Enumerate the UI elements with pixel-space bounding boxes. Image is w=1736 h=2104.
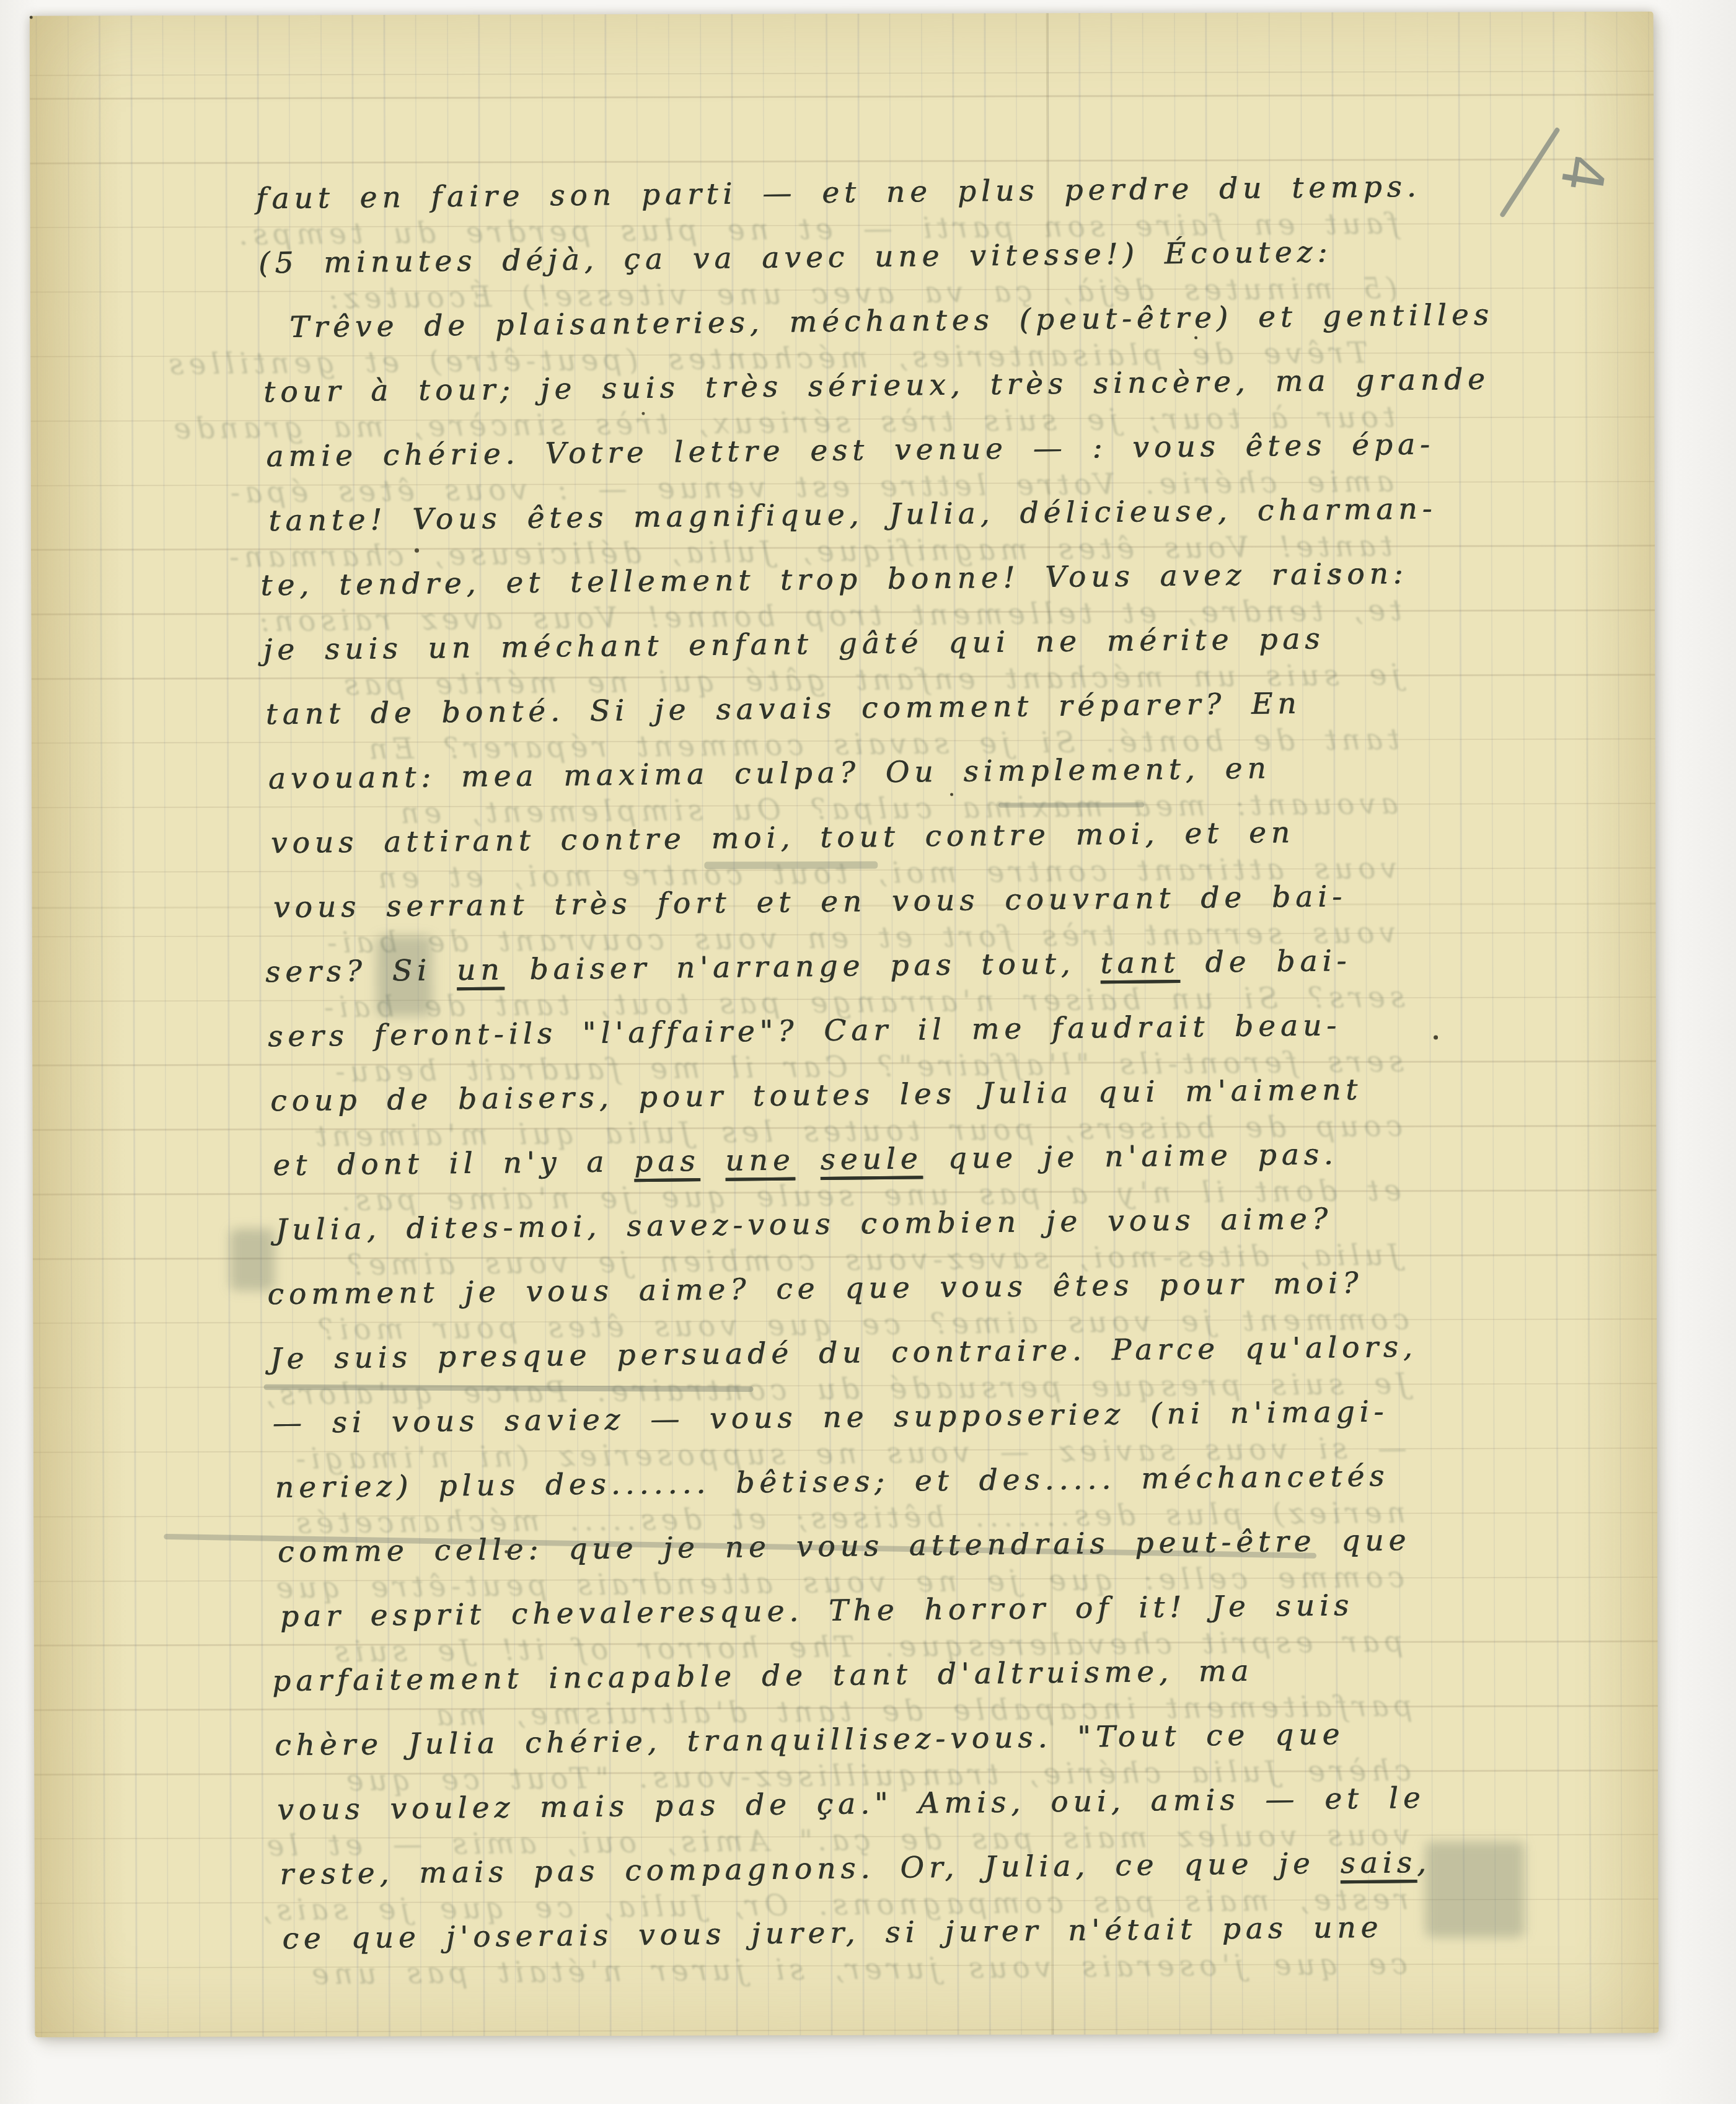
letter-line: Trêve de plaisanteries, méchantes (peut-…: [289, 283, 1494, 360]
letter-text-segment: ,: [257, 1893, 271, 1927]
letter-text-segment: faut en faire son parti — et ne plus per…: [256, 170, 1421, 216]
letter-line: amie chérie. Votre lettre est venue — : …: [266, 413, 1435, 490]
letter-text-segment: chère Julia chérie, tranquillisez-vous. …: [275, 1717, 1345, 1763]
underlined-word: un: [457, 953, 504, 987]
letter-text-segment: et dont il n'y a: [273, 1145, 634, 1182]
letter-line: neriez) plus des....... bêtises; et des.…: [275, 1445, 1390, 1521]
paper-specks: [30, 15, 33, 19]
letter-line: tour à tour; je suis très sérieux, très …: [263, 348, 1491, 425]
letter-line: ce que j'oserais vous jurer, si jurer n'…: [282, 1896, 1383, 1972]
letter-text: faut en faire son parti — et ne plus per…: [260, 153, 1611, 167]
letter-line: te, tendre, et tellement trop bonne! Vou…: [260, 542, 1408, 618]
letter-line: comme celle: que je ne vous attendrais p…: [277, 1508, 1411, 1585]
letter-text-segment: vous voulez mais pas de ça." Amis, oui, …: [277, 1781, 1425, 1827]
underlined-word: tant: [1100, 946, 1180, 980]
letter-text-segment: Je suis presque persuadé du contraire. P…: [270, 1330, 1417, 1376]
letter-line: sers feront-ils "l'affaire"? Car il me f…: [268, 993, 1342, 1069]
letter-line: faut en faire son parti — et ne plus per…: [255, 155, 1421, 232]
letter-line: tante! Vous êtes magnifique, Julia, déli…: [268, 477, 1437, 554]
letter-text-segment: comment je vous aime? ce que vous êtes p…: [267, 1266, 1363, 1312]
letter-text-segment: tant de bonté. Si je savais comment répa…: [265, 687, 1301, 731]
letter-line: vous serrant très fort et en vous couvra…: [273, 865, 1347, 940]
underlined-word: seule: [820, 1142, 923, 1177]
letter-text-segment: amie chérie. Votre lettre est venue — : …: [266, 428, 1435, 474]
letter-text-segment: baiser n'arrange pas tout,: [504, 946, 1101, 987]
letter-text-segment: [795, 1143, 821, 1177]
letter-line: — si vous saviez — vous ne supposeriez (…: [272, 1380, 1389, 1456]
letter-line: vous attirant contre moi, tout contre mo…: [270, 801, 1295, 876]
letter-text-segment: par esprit chevaleresque. The horror of …: [280, 1588, 1354, 1634]
letter-text-segment: neriez) plus des....... bêtises; et des.…: [275, 1459, 1389, 1505]
letter-text-segment: reste, mais pas compagnons. Or, Julia, c…: [280, 1846, 1341, 1891]
letter-page: faut en faire son parti — et ne plus per…: [30, 12, 1659, 2038]
letter-line: Julia, dites-moi, savez-vous combien je …: [275, 1187, 1333, 1262]
letter-line: et dont il n'y a pas une seule que je n'…: [273, 1122, 1338, 1198]
letter-text-segment: que je n'aime pas.: [922, 1137, 1338, 1176]
letter-text-segment: sers? Si: [265, 953, 457, 989]
letter-line: tant de bonté. Si je savais comment répa…: [265, 672, 1302, 747]
underlined-word: une: [725, 1143, 795, 1178]
letter-line: reste, mais pas compagnons. Or, Julia, c…: [280, 1831, 1432, 1907]
letter-text-segment: vous attirant contre moi, tout contre mo…: [271, 816, 1295, 860]
letter-text-segment: (5 minutes déjà, ça va avec une vitesse!…: [258, 235, 1333, 280]
letter-text-segment: tante! Vous êtes magnifique, Julia, déli…: [268, 492, 1437, 539]
letter-text-segment: avouant: mea maxima culpa? Ou simplement…: [268, 751, 1271, 796]
letter-text-segment: [700, 1144, 726, 1178]
letter-text-segment: comme celle: que je ne vous attendrais p…: [277, 1523, 1411, 1569]
letter-text-segment: tour à tour; je suis très sérieux, très …: [263, 363, 1490, 410]
underlined-word: sais: [1340, 1846, 1417, 1880]
letter-line: (5 minutes déjà, ça va avec une vitesse!…: [258, 220, 1332, 296]
letter-text-segment: ce que j'oserais vous jurer, si jurer n'…: [282, 1911, 1383, 1957]
letter-text-segment: de bai-: [1179, 944, 1351, 980]
underlined-word: pas: [634, 1144, 700, 1179]
letter-text-segment: Trêve de plaisanteries, méchantes (peut-…: [289, 298, 1494, 345]
page-number: 4: [1538, 139, 1620, 206]
letter-line: avouant: mea maxima culpa? Ou simplement…: [268, 736, 1271, 811]
scan-background: faut en faire son parti — et ne plus per…: [0, 0, 1736, 2104]
letter-text-segment: sers feront-ils "l'affaire"? Car il me f…: [268, 1008, 1341, 1054]
letter-line: chère Julia chérie, tranquillisez-vous. …: [275, 1702, 1345, 1778]
letter-line: comment je vous aime? ce que vous êtes p…: [267, 1251, 1364, 1327]
letter-line: sers? Si un baiser n'arrange pas tout, t…: [265, 929, 1351, 1005]
ink-smudge: [1425, 1841, 1524, 1937]
letter-text-segment: je suis un méchant enfant gâté qui ne mé…: [263, 622, 1324, 667]
letter-line: je suis un méchant enfant gâté qui ne mé…: [263, 607, 1325, 683]
letter-text-segment: vous serrant très fort et en vous couvra…: [273, 879, 1347, 925]
letter-text-segment: te, tendre, et tellement trop bonne! Vou…: [260, 557, 1408, 602]
letter-text-segment: parfaitement incapable de tant d'altruis…: [272, 1654, 1254, 1699]
letter-text-segment: — si vous saviez — vous ne supposeriez (…: [272, 1395, 1388, 1441]
letter-text-segment: Julia, dites-moi, savez-vous combien je …: [275, 1202, 1333, 1247]
letter-line: vous voulez mais pas de ça." Amis, oui, …: [277, 1766, 1426, 1842]
letter-line: parfaitement incapable de tant d'altruis…: [271, 1639, 1253, 1714]
letter-line: Je suis presque persuadé du contraire. P…: [270, 1315, 1417, 1391]
letter-line: par esprit chevaleresque. The horror of …: [280, 1574, 1354, 1649]
letter-text-segment: ,: [1416, 1846, 1431, 1880]
letter-text-segment: coup de baisers, pour toutes les Julia q…: [270, 1073, 1363, 1118]
letter-line: coup de baisers, pour toutes les Julia q…: [270, 1058, 1363, 1133]
